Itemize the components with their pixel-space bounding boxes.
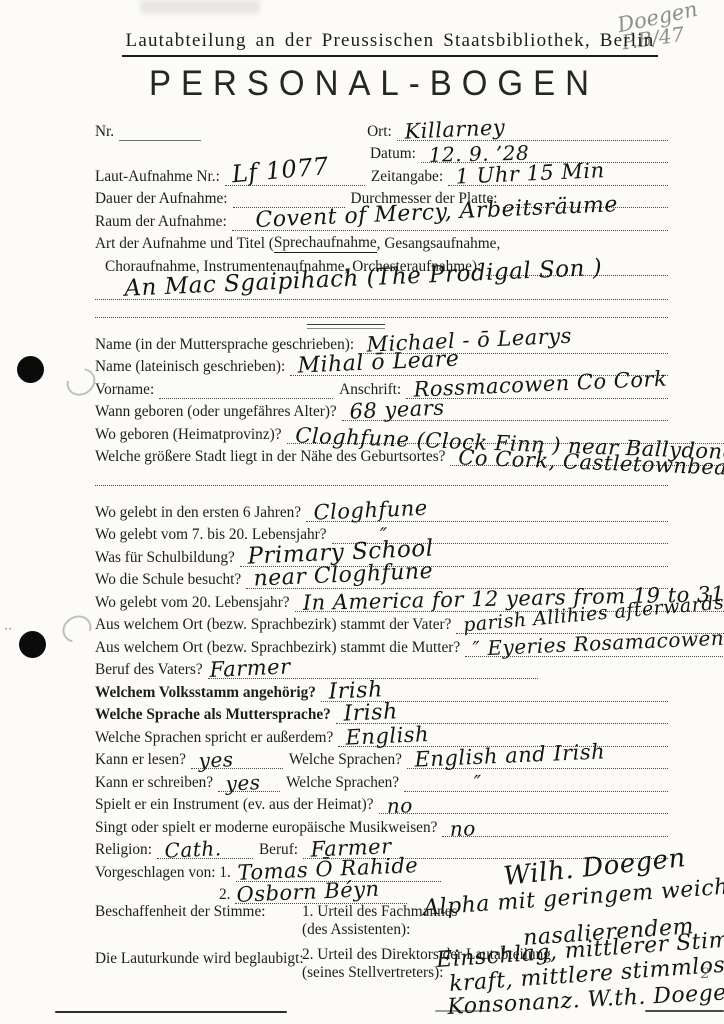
zeitangabe-label: Zeitangabe:	[371, 168, 448, 186]
form-title: PERSONAL-BOGEN	[0, 62, 724, 103]
andere-sprachen-label: Welche Sprachen spricht er außerdem?	[95, 729, 338, 747]
institution-header: Lautabteilung an der Preussischen Staats…	[122, 30, 658, 57]
jahre6-field: Cloghfune	[306, 499, 668, 522]
voice-urteil2-line2: (seines Stellvertreters):	[302, 964, 443, 982]
row-kann-lesen: Kann er lesen? yes Welche Sprachen? Engl…	[95, 747, 668, 770]
religion-field: Cath.	[157, 837, 253, 860]
nr-label: Nr.	[95, 123, 119, 141]
beglaubigt-label: Die Lauturkunde wird beglaubigt:	[95, 950, 304, 968]
laut-nr-label: Laut-Aufnahme Nr.:	[95, 168, 225, 186]
geboren-label: Wann geboren (oder ungefähres Alter)?	[95, 403, 342, 421]
schule-field: Primary School	[240, 544, 668, 567]
vorgeschlagen2-field: Osborn Béyn	[235, 882, 407, 905]
row-vater-ort: Aus welchem Ort (bezw. Sprachbezirk) sta…	[95, 612, 668, 635]
lesen-sprachen-handwritten-value: English and Irish	[406, 742, 605, 770]
datum-handwritten-value: 12. 9. ’28	[421, 144, 530, 164]
vorname-label: Vorname:	[95, 381, 159, 399]
row-wo-geboren: Wo geboren (Heimatprovinz)? Cloghfune (C…	[95, 421, 668, 444]
geboren-field: 68 years	[342, 399, 668, 422]
laut-nr-field: Lf 1077	[225, 163, 365, 186]
schreiben-sprachen-field: ″	[404, 769, 668, 792]
titel-field: An Mac Sgaipihach (The Prodigal Son )	[95, 276, 668, 300]
form-body: Nr. Ort: Killarney Datum: 12. 9. ’28 Lau…	[95, 118, 668, 904]
row-muttersprache: Welche Sprache als Muttersprache? Irish	[95, 702, 668, 725]
anschrift-label: Anschrift:	[339, 381, 406, 399]
art-label-post: , Gesangsaufnahme,	[377, 235, 506, 253]
volksstamm-label: Welchem Volksstamm angehörig?	[95, 684, 321, 702]
ort-label: Ort:	[367, 123, 397, 141]
pencil-stray-mark: ··	[4, 622, 12, 637]
religion-label: Religion:	[95, 841, 157, 859]
muttersprache-handwritten-value: Irish	[335, 703, 398, 725]
row-musikweisen: Singt oder spielt er moderne europäische…	[95, 814, 668, 837]
row-titel-value: An Mac Sgaipihach (The Prodigal Son )	[95, 276, 668, 300]
name-mutter-label: Name (in der Muttersprache geschrieben):	[95, 336, 359, 354]
art-label-pre: Art der Aufnahme und Titel (	[95, 235, 274, 253]
row-wann-geboren: Wann geboren (oder ungefähres Alter)? 68…	[95, 399, 668, 422]
schule-label: Was für Schulbildung?	[95, 549, 240, 567]
geboren-handwritten-value: 68 years	[341, 399, 445, 422]
row-erste-6-jahre: Wo gelebt in den ersten 6 Jahren? Cloghf…	[95, 499, 668, 522]
vorgeschlagen2-label: 2.	[219, 886, 235, 904]
schreiben-handwritten-value: yes	[217, 773, 261, 793]
lesen-label: Kann er lesen?	[95, 751, 191, 769]
lesen-sprachen-label: Welche Sprachen?	[289, 751, 407, 769]
ort-handwritten-value: Killarney	[396, 118, 505, 142]
row-lautnr-zeit: Laut-Aufnahme Nr.: Lf 1077 Zeitangabe: 1…	[95, 163, 668, 186]
superscript-note-mark: 2	[701, 968, 710, 981]
row-volksstamm: Welchem Volksstamm angehörig? Irish	[95, 679, 668, 702]
schreiben-sprachen-label: Welche Sprachen?	[286, 774, 404, 792]
lesen-field: yes	[191, 747, 283, 770]
datum-label: Datum:	[370, 145, 421, 163]
hole-punch-bottom	[19, 631, 46, 658]
ort-field: Killarney	[397, 118, 668, 141]
row-art-line1: Art der Aufnahme und Titel ( Sprechaufna…	[95, 231, 668, 254]
row-raum: Raum der Aufnahme: Covent of Mercy, Arbe…	[95, 208, 668, 231]
beruf-vater-handwritten-value: Farmer	[207, 658, 291, 680]
art-label-sprechaufnahme: Sprechaufnahme	[274, 234, 377, 253]
instrument-label: Spielt er ein Instrument (ev. aus der He…	[95, 796, 379, 814]
nr-field	[119, 118, 201, 141]
raum-field: Covent of Mercy, Arbeitsräume	[232, 208, 668, 231]
pencil-circle-bottom	[58, 610, 97, 648]
ab20-label: Wo gelebt vom 20. Lebensjahr?	[95, 594, 295, 612]
laut-nr-handwritten-value: Lf 1077	[223, 156, 330, 187]
voice-urteil1-line2: (des Assistenten):	[302, 921, 410, 939]
stray-underline-mark	[307, 324, 385, 329]
scan-edge-line-right	[645, 1010, 724, 1012]
volksstamm-field: Irish	[321, 679, 668, 702]
wo-geboren-label: Wo geboren (Heimatprovinz)?	[95, 426, 287, 444]
vater-ort-label: Aus welchem Ort (bezw. Sprachbezirk) sta…	[95, 616, 456, 634]
schreiben-sprachen-ditto-mark: ″	[404, 773, 482, 793]
beruf-vater-label: Beruf des Vaters?	[95, 661, 208, 679]
schule-wo-label: Wo die Schule besucht?	[95, 571, 246, 589]
row-vorname-anschrift: Vorname: Anschrift: Rossmacowen Co Cork	[95, 376, 668, 399]
row-mutter-ort: Aus welchem Ort (bezw. Sprachbezirk) sta…	[95, 634, 668, 657]
instrument-handwritten-value: no	[378, 796, 412, 815]
jahre6-handwritten-value: Cloghfune	[305, 498, 428, 522]
lesen-sprachen-field: English and Irish	[407, 747, 668, 770]
row-instrument: Spielt er ein Instrument (ev. aus der He…	[95, 792, 668, 815]
musik-field: no	[442, 814, 668, 837]
name-latein-label: Name (lateinisch geschrieben):	[95, 358, 290, 376]
lesen-handwritten-value: yes	[190, 750, 234, 770]
musik-handwritten-value: no	[442, 819, 476, 838]
zeitangabe-field: 1 Uhr 15 Min	[448, 163, 668, 186]
muttersprache-label: Welche Sprache als Muttersprache?	[95, 706, 336, 724]
schule-wo-handwritten-value: near Cloghfune	[245, 562, 433, 590]
andere-sprachen-handwritten-value: English	[337, 725, 429, 748]
row-empty-line-1	[95, 300, 668, 318]
vorname-field	[159, 376, 333, 399]
mutter-ort-field: ″ Eyeries Rosamacowen	[465, 634, 724, 657]
zeitangabe-handwritten-value: 1 Uhr 15 Min	[447, 161, 605, 187]
beruf-label: Beruf:	[259, 841, 303, 859]
wo-geboren-field: Cloghfune (Clock Finn ) near Ballydonega…	[287, 421, 724, 444]
empty-dotted-line	[95, 300, 668, 318]
name-latein-handwritten-value: Mihal ō Leare	[289, 350, 460, 377]
scanned-personal-bogen-form: ·· Doegen P.B/47 Lautabteilung an der Pr…	[0, 0, 724, 1024]
instrument-field: no	[379, 792, 668, 815]
jahre6-label: Wo gelebt in den ersten 6 Jahren?	[95, 504, 306, 522]
dauer-label: Dauer der Aufnahme:	[95, 190, 233, 208]
religion-handwritten-value: Cath.	[156, 839, 222, 860]
datum-field: 12. 9. ’28	[421, 141, 668, 164]
volksstamm-handwritten-value: Irish	[320, 680, 383, 702]
vorgeschlagen2-handwritten-value: Osborn Béyn	[235, 880, 381, 905]
muttersprache-field: Irish	[336, 702, 668, 725]
anschrift-field: Rossmacowen Co Cork	[406, 376, 668, 399]
row-kann-schreiben: Kann er schreiben? yes Welche Sprachen? …	[95, 769, 668, 792]
vorgeschlagen-label: Vorgeschlagen von: 1.	[95, 864, 236, 882]
schreiben-field: yes	[218, 769, 280, 792]
scan-edge-line-left	[55, 1011, 287, 1013]
schreiben-label: Kann er schreiben?	[95, 774, 218, 792]
scan-smudge	[140, 0, 260, 14]
row-beruf-vater: Beruf des Vaters? Farmer	[95, 657, 668, 680]
row-nr-ort: Nr. Ort: Killarney	[95, 118, 668, 141]
raum-label: Raum der Aufnahme:	[95, 213, 232, 231]
hole-punch-top	[17, 356, 44, 383]
